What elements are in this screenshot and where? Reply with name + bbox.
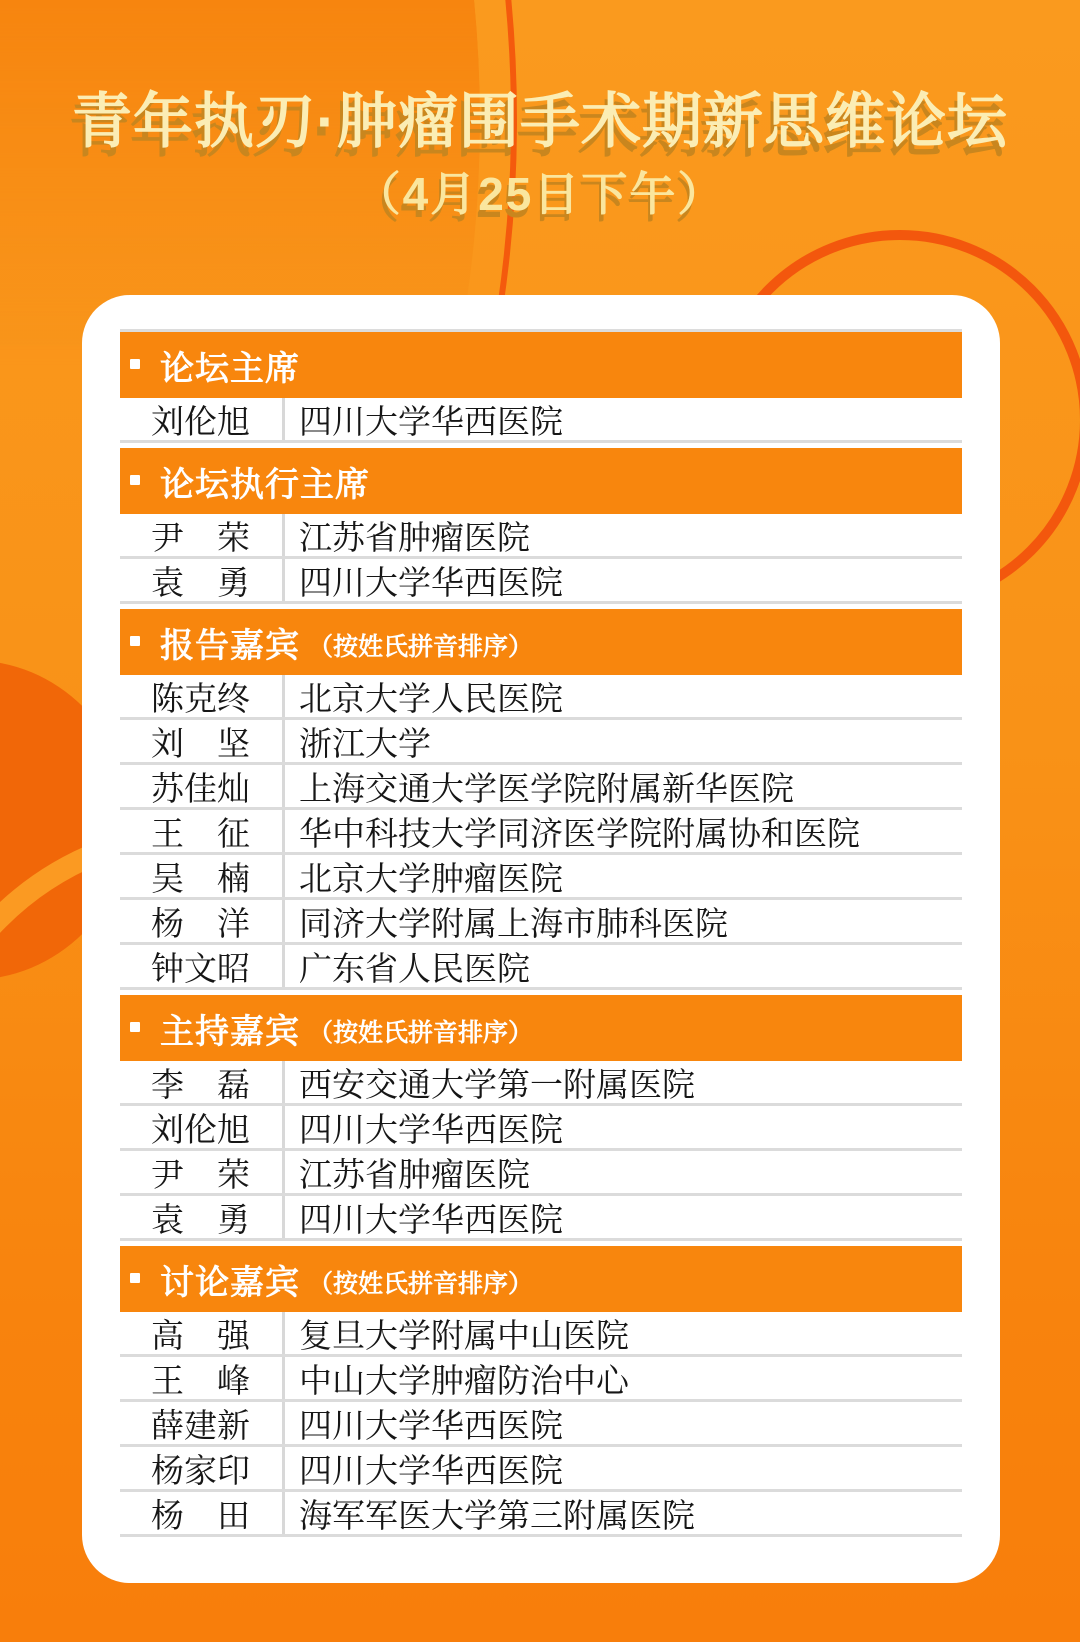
bullet-icon: [130, 636, 140, 646]
table-row: 尹 荣江苏省肿瘤医院: [120, 514, 962, 559]
guest-org: 复旦大学附属中山医院: [285, 1310, 629, 1357]
table-row: 杨家印四川大学华西医院: [120, 1447, 962, 1492]
table-row: 陈克终北京大学人民医院: [120, 675, 962, 720]
table-row: 王 征华中科技大学同济医学院附属协和医院: [120, 810, 962, 855]
section-header: 论坛执行主席: [120, 448, 962, 514]
guest-name: 高 强: [120, 1312, 285, 1354]
section-5: 讨论嘉宾（按姓氏拼音排序）高 强复旦大学附属中山医院王 峰中山大学肿瘤防治中心薛…: [120, 1246, 962, 1537]
guest-org: 海军军医大学第三附属医院: [285, 1490, 695, 1537]
guest-name: 刘伦旭: [120, 398, 285, 440]
table-row: 刘 坚浙江大学: [120, 720, 962, 765]
guest-org: 四川大学华西医院: [285, 1445, 563, 1492]
guest-name: 袁 勇: [120, 559, 285, 601]
table-row: 李 磊西安交通大学第一附属医院: [120, 1061, 962, 1106]
bullet-icon: [130, 1273, 140, 1283]
page-title: 青年执刃·肿瘤围手术期新思维论坛: [0, 74, 1080, 160]
bullet-icon: [130, 475, 140, 485]
table-row: 杨 洋同济大学附属上海市肺科医院: [120, 900, 962, 945]
program-table: 论坛主席刘伦旭四川大学华西医院论坛执行主席尹 荣江苏省肿瘤医院袁 勇四川大学华西…: [120, 329, 962, 1537]
table-row: 刘伦旭四川大学华西医院: [120, 1106, 962, 1151]
section-note: （按姓氏拼音排序）: [308, 1008, 533, 1049]
guest-org: 同济大学附属上海市肺科医院: [285, 898, 728, 945]
table-row: 尹 荣江苏省肿瘤医院: [120, 1151, 962, 1196]
guest-org: 四川大学华西医院: [285, 557, 563, 604]
guest-name: 李 磊: [120, 1061, 285, 1103]
program-card: 论坛主席刘伦旭四川大学华西医院论坛执行主席尹 荣江苏省肿瘤医院袁 勇四川大学华西…: [82, 295, 1000, 1583]
section-note: （按姓氏拼音排序）: [308, 1259, 533, 1300]
table-row: 杨 田海军军医大学第三附属医院: [120, 1492, 962, 1537]
guest-org: 广东省人民医院: [285, 943, 530, 990]
guest-org: 华中科技大学同济医学院附属协和医院: [285, 808, 860, 855]
section-1: 论坛主席刘伦旭四川大学华西医院: [120, 332, 962, 443]
guest-org: 江苏省肿瘤医院: [285, 1149, 530, 1196]
guest-org: 四川大学华西医院: [285, 1104, 563, 1151]
guest-org: 浙江大学: [285, 718, 431, 765]
guest-org: 西安交通大学第一附属医院: [285, 1059, 695, 1106]
section-heading: 报告嘉宾: [160, 618, 300, 667]
guest-name: 杨 洋: [120, 900, 285, 942]
page-subtitle: （4月25日下午）: [0, 158, 1080, 224]
bullet-icon: [130, 359, 140, 369]
guest-org: 北京大学肿瘤医院: [285, 853, 563, 900]
bullet-icon: [130, 1022, 140, 1032]
section-header: 论坛主席: [120, 332, 962, 398]
guest-org: 上海交通大学医学院附属新华医院: [285, 763, 794, 810]
guest-name: 刘 坚: [120, 720, 285, 762]
section-heading: 讨论嘉宾: [160, 1255, 300, 1304]
section-2: 论坛执行主席尹 荣江苏省肿瘤医院袁 勇四川大学华西医院: [120, 448, 962, 604]
section-header: 讨论嘉宾（按姓氏拼音排序）: [120, 1246, 962, 1312]
guest-name: 杨家印: [120, 1447, 285, 1489]
guest-name: 钟文昭: [120, 945, 285, 987]
table-row: 袁 勇四川大学华西医院: [120, 559, 962, 604]
section-3: 报告嘉宾（按姓氏拼音排序）陈克终北京大学人民医院刘 坚浙江大学苏佳灿上海交通大学…: [120, 609, 962, 990]
guest-name: 袁 勇: [120, 1196, 285, 1238]
guest-name: 吴 楠: [120, 855, 285, 897]
table-row: 刘伦旭四川大学华西医院: [120, 398, 962, 443]
guest-name: 王 征: [120, 810, 285, 852]
table-row: 王 峰中山大学肿瘤防治中心: [120, 1357, 962, 1402]
guest-name: 尹 荣: [120, 1151, 285, 1193]
guest-name: 陈克终: [120, 675, 285, 717]
guest-org: 北京大学人民医院: [285, 673, 563, 720]
section-note: （按姓氏拼音排序）: [308, 622, 533, 663]
guest-org: 江苏省肿瘤医院: [285, 512, 530, 559]
table-row: 苏佳灿上海交通大学医学院附属新华医院: [120, 765, 962, 810]
guest-name: 王 峰: [120, 1357, 285, 1399]
table-row: 袁 勇四川大学华西医院: [120, 1196, 962, 1241]
guest-name: 刘伦旭: [120, 1106, 285, 1148]
table-row: 钟文昭广东省人民医院: [120, 945, 962, 990]
table-row: 吴 楠北京大学肿瘤医院: [120, 855, 962, 900]
section-heading: 论坛主席: [160, 341, 300, 390]
guest-name: 尹 荣: [120, 514, 285, 556]
section-header: 主持嘉宾（按姓氏拼音排序）: [120, 995, 962, 1061]
table-row: 薛建新四川大学华西医院: [120, 1402, 962, 1447]
guest-org: 中山大学肿瘤防治中心: [285, 1355, 629, 1402]
section-4: 主持嘉宾（按姓氏拼音排序）李 磊西安交通大学第一附属医院刘伦旭四川大学华西医院尹…: [120, 995, 962, 1241]
guest-name: 薛建新: [120, 1402, 285, 1444]
guest-name: 苏佳灿: [120, 765, 285, 807]
section-header: 报告嘉宾（按姓氏拼音排序）: [120, 609, 962, 675]
table-row: 高 强复旦大学附属中山医院: [120, 1312, 962, 1357]
guest-org: 四川大学华西医院: [285, 1400, 563, 1447]
section-heading: 论坛执行主席: [160, 457, 370, 506]
guest-org: 四川大学华西医院: [285, 1194, 563, 1241]
section-heading: 主持嘉宾: [160, 1004, 300, 1053]
forum-poster: 青年执刃·肿瘤围手术期新思维论坛 （4月25日下午） 论坛主席刘伦旭四川大学华西…: [0, 0, 1080, 1642]
guest-name: 杨 田: [120, 1492, 285, 1534]
guest-org: 四川大学华西医院: [285, 396, 563, 443]
